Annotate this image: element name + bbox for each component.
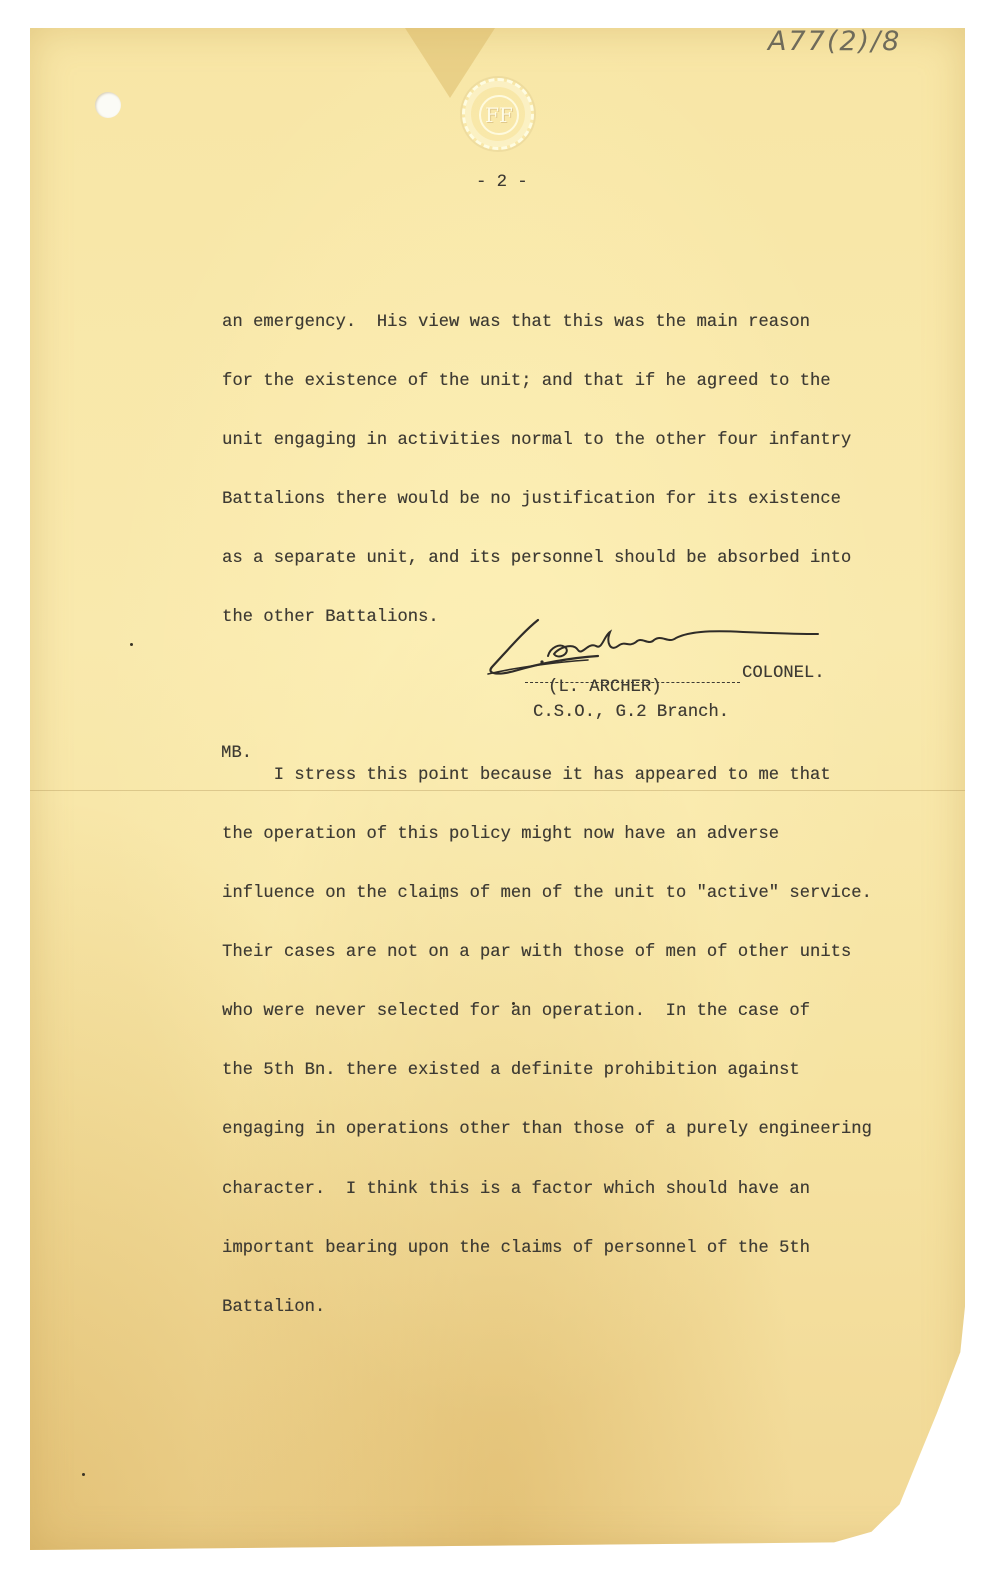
signatory-appointment: C.S.O., G.2 Branch. xyxy=(533,703,729,722)
signatory-rank: COLONEL. xyxy=(742,664,825,683)
embossed-seal-icon: FF xyxy=(462,78,534,150)
page-number: - 2 - xyxy=(476,173,528,192)
paper-speck xyxy=(130,643,133,646)
typist-initials: MB. xyxy=(221,744,252,763)
letter-body: an emergency. His view was that this was… xyxy=(222,234,872,1377)
text-line: character. I think this is a factor whic… xyxy=(222,1180,872,1200)
text-line: for the existence of the unit; and that … xyxy=(222,372,872,392)
text-line: Battalions there would be no justificati… xyxy=(222,490,872,510)
signatory-name: (L. ARCHER) xyxy=(548,678,661,697)
paper-speck xyxy=(440,897,442,899)
paper-speck xyxy=(82,1473,85,1476)
archive-reference: A77(2)/8 xyxy=(768,26,901,57)
text-line: I stress this point because it has appea… xyxy=(222,766,872,786)
paragraph-1: an emergency. His view was that this was… xyxy=(222,273,872,667)
text-line: as a separate unit, and its personnel sh… xyxy=(222,549,872,569)
text-line: Battalion. xyxy=(222,1298,872,1318)
text-line: Their cases are not on a par with those … xyxy=(222,943,872,963)
text-line: the 5th Bn. there existed a definite pro… xyxy=(222,1061,872,1081)
text-line: the operation of this policy might now h… xyxy=(222,825,872,845)
paragraph-2: I stress this point because it has appea… xyxy=(222,726,872,1357)
text-line: an emergency. His view was that this was… xyxy=(222,313,872,333)
text-line: unit engaging in activities normal to th… xyxy=(222,431,872,451)
paper-speck xyxy=(512,1002,515,1005)
text-line: engaging in operations other than those … xyxy=(222,1120,872,1140)
text-line: who were never selected for an operation… xyxy=(222,1002,872,1022)
text-line: influence on the claims of men of the un… xyxy=(222,884,872,904)
seal-emblem: FF xyxy=(479,95,519,135)
text-line: important bearing upon the claims of per… xyxy=(222,1239,872,1259)
punch-hole xyxy=(95,92,121,118)
